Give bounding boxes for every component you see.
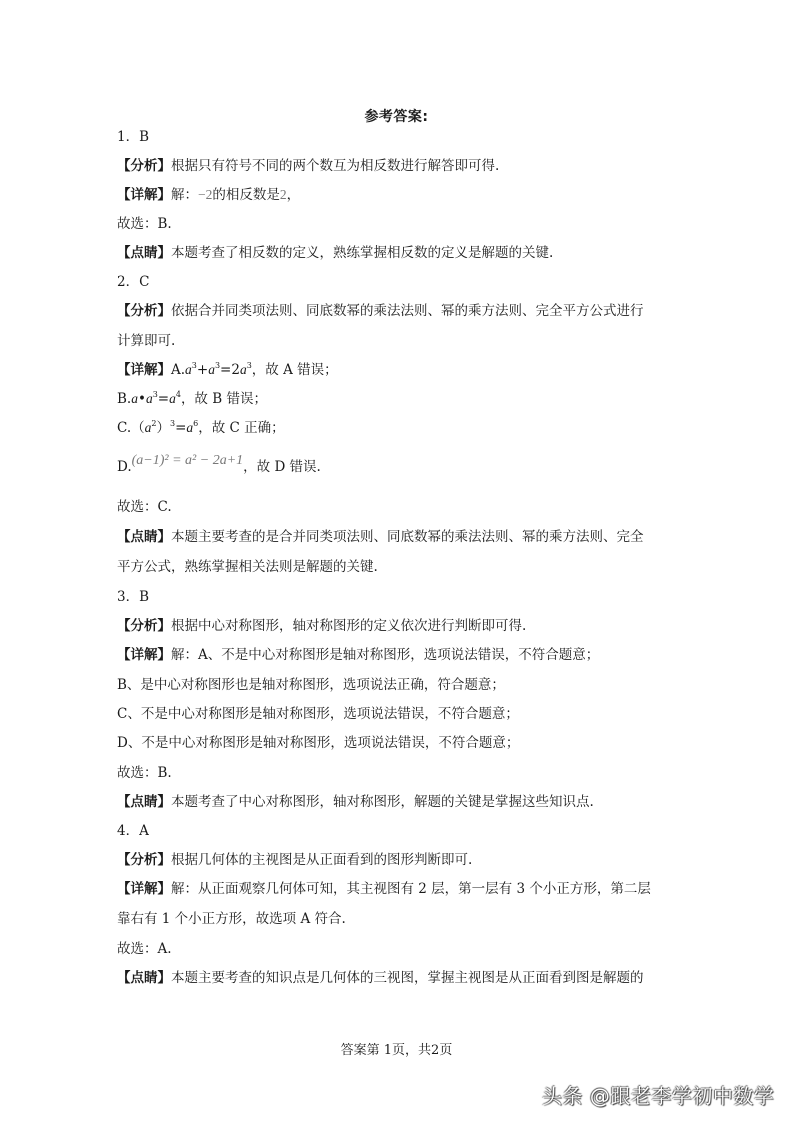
q3-detail-c: C、不是中心对称图形是轴对称图形，选项说法错误，不符合题意； (117, 705, 519, 723)
q2-answer: 2．C (117, 273, 149, 291)
q4-answer: 4．A (117, 822, 149, 840)
q2-detail-b: B.a•a3=a4，故 B 错误； (117, 390, 267, 408)
q2-detail-d: D.(a−1)² = a² − 2a+1，故 D 错误. (117, 458, 321, 477)
q3-detail-d: D、不是中心对称图形是轴对称图形，选项说法错误，不符合题意； (117, 734, 519, 752)
q1-comment: 【点睛】本题考查了相反数的定义，熟练掌握相反数的定义是解题的关键. (117, 244, 553, 262)
q1-answer: 1．B (117, 128, 149, 146)
q2-analysis: 【分析】依据合并同类项法则、同底数幂的乘法法则、幂的乘方法则、完全平方公式进行 (117, 302, 644, 320)
q4-analysis: 【分析】根据几何体的主视图是从正面看到的图形判断即可. (117, 851, 472, 869)
q4-detail-cont: 靠右有 1 个小正方形，故选项 A 符合. (117, 910, 346, 928)
q4-comment: 【点睛】本题主要考查的知识点是几何体的三视图，掌握主视图是从正面看到图是解题的 (117, 969, 644, 987)
q2-detail-c: C.（a2）3=a6，故 C 正确； (117, 419, 285, 437)
q2-detail-a: 【详解】A.a3+a3=2a3，故 A 错误； (117, 361, 338, 379)
q2-analysis-cont: 计算即可. (117, 332, 175, 350)
q2-comment: 【点睛】本题主要考查的是合并同类项法则、同底数幂的乘法法则、幂的乘方法则、完全 (117, 528, 644, 546)
answer-page: 参考答案: 1．B 【分析】根据只有符号不同的两个数互为相反数进行解答即可得. … (0, 0, 793, 1121)
q3-analysis: 【分析】根据中心对称图形，轴对称图形的定义依次进行判断即可得. (117, 617, 526, 635)
watermark: 头条 @跟老李学初中数学 (542, 1080, 774, 1109)
q3-detail: 【详解】解：A、不是中心对称图形是轴对称图形，选项说法错误，不符合题意； (117, 646, 599, 664)
q1-detail: 【详解】解：−2的相反数是2， (117, 186, 300, 204)
q3-detail-b: B、是中心对称图形也是轴对称图形，选项说法正确，符合题意； (117, 676, 505, 694)
q2-comment-cont: 平方公式，熟练掌握相关法则是解题的关键. (117, 558, 378, 576)
q3-choice: 故选：B. (117, 764, 172, 782)
q1-analysis: 【分析】根据只有符号不同的两个数互为相反数进行解答即可得. (117, 157, 499, 175)
q3-comment: 【点睛】本题考查了中心对称图形，轴对称图形，解题的关键是掌握这些知识点. (117, 793, 594, 811)
q4-choice: 故选：A. (117, 940, 172, 958)
q2-choice: 故选：C. (117, 498, 172, 516)
q1-choice: 故选：B. (117, 215, 172, 233)
q4-detail: 【详解】解：从正面观察几何体可知，其主视图有 2 层，第一层有 3 个小正方形，… (117, 880, 651, 898)
q3-answer: 3．B (117, 588, 149, 606)
analysis-tag: 【分析】 (117, 158, 171, 174)
page-footer: 答案第 1页，共2页 (0, 1039, 793, 1058)
page-title: 参考答案: (0, 106, 793, 126)
formula-image: (a−1)² = a² − 2a+1 (132, 453, 244, 468)
